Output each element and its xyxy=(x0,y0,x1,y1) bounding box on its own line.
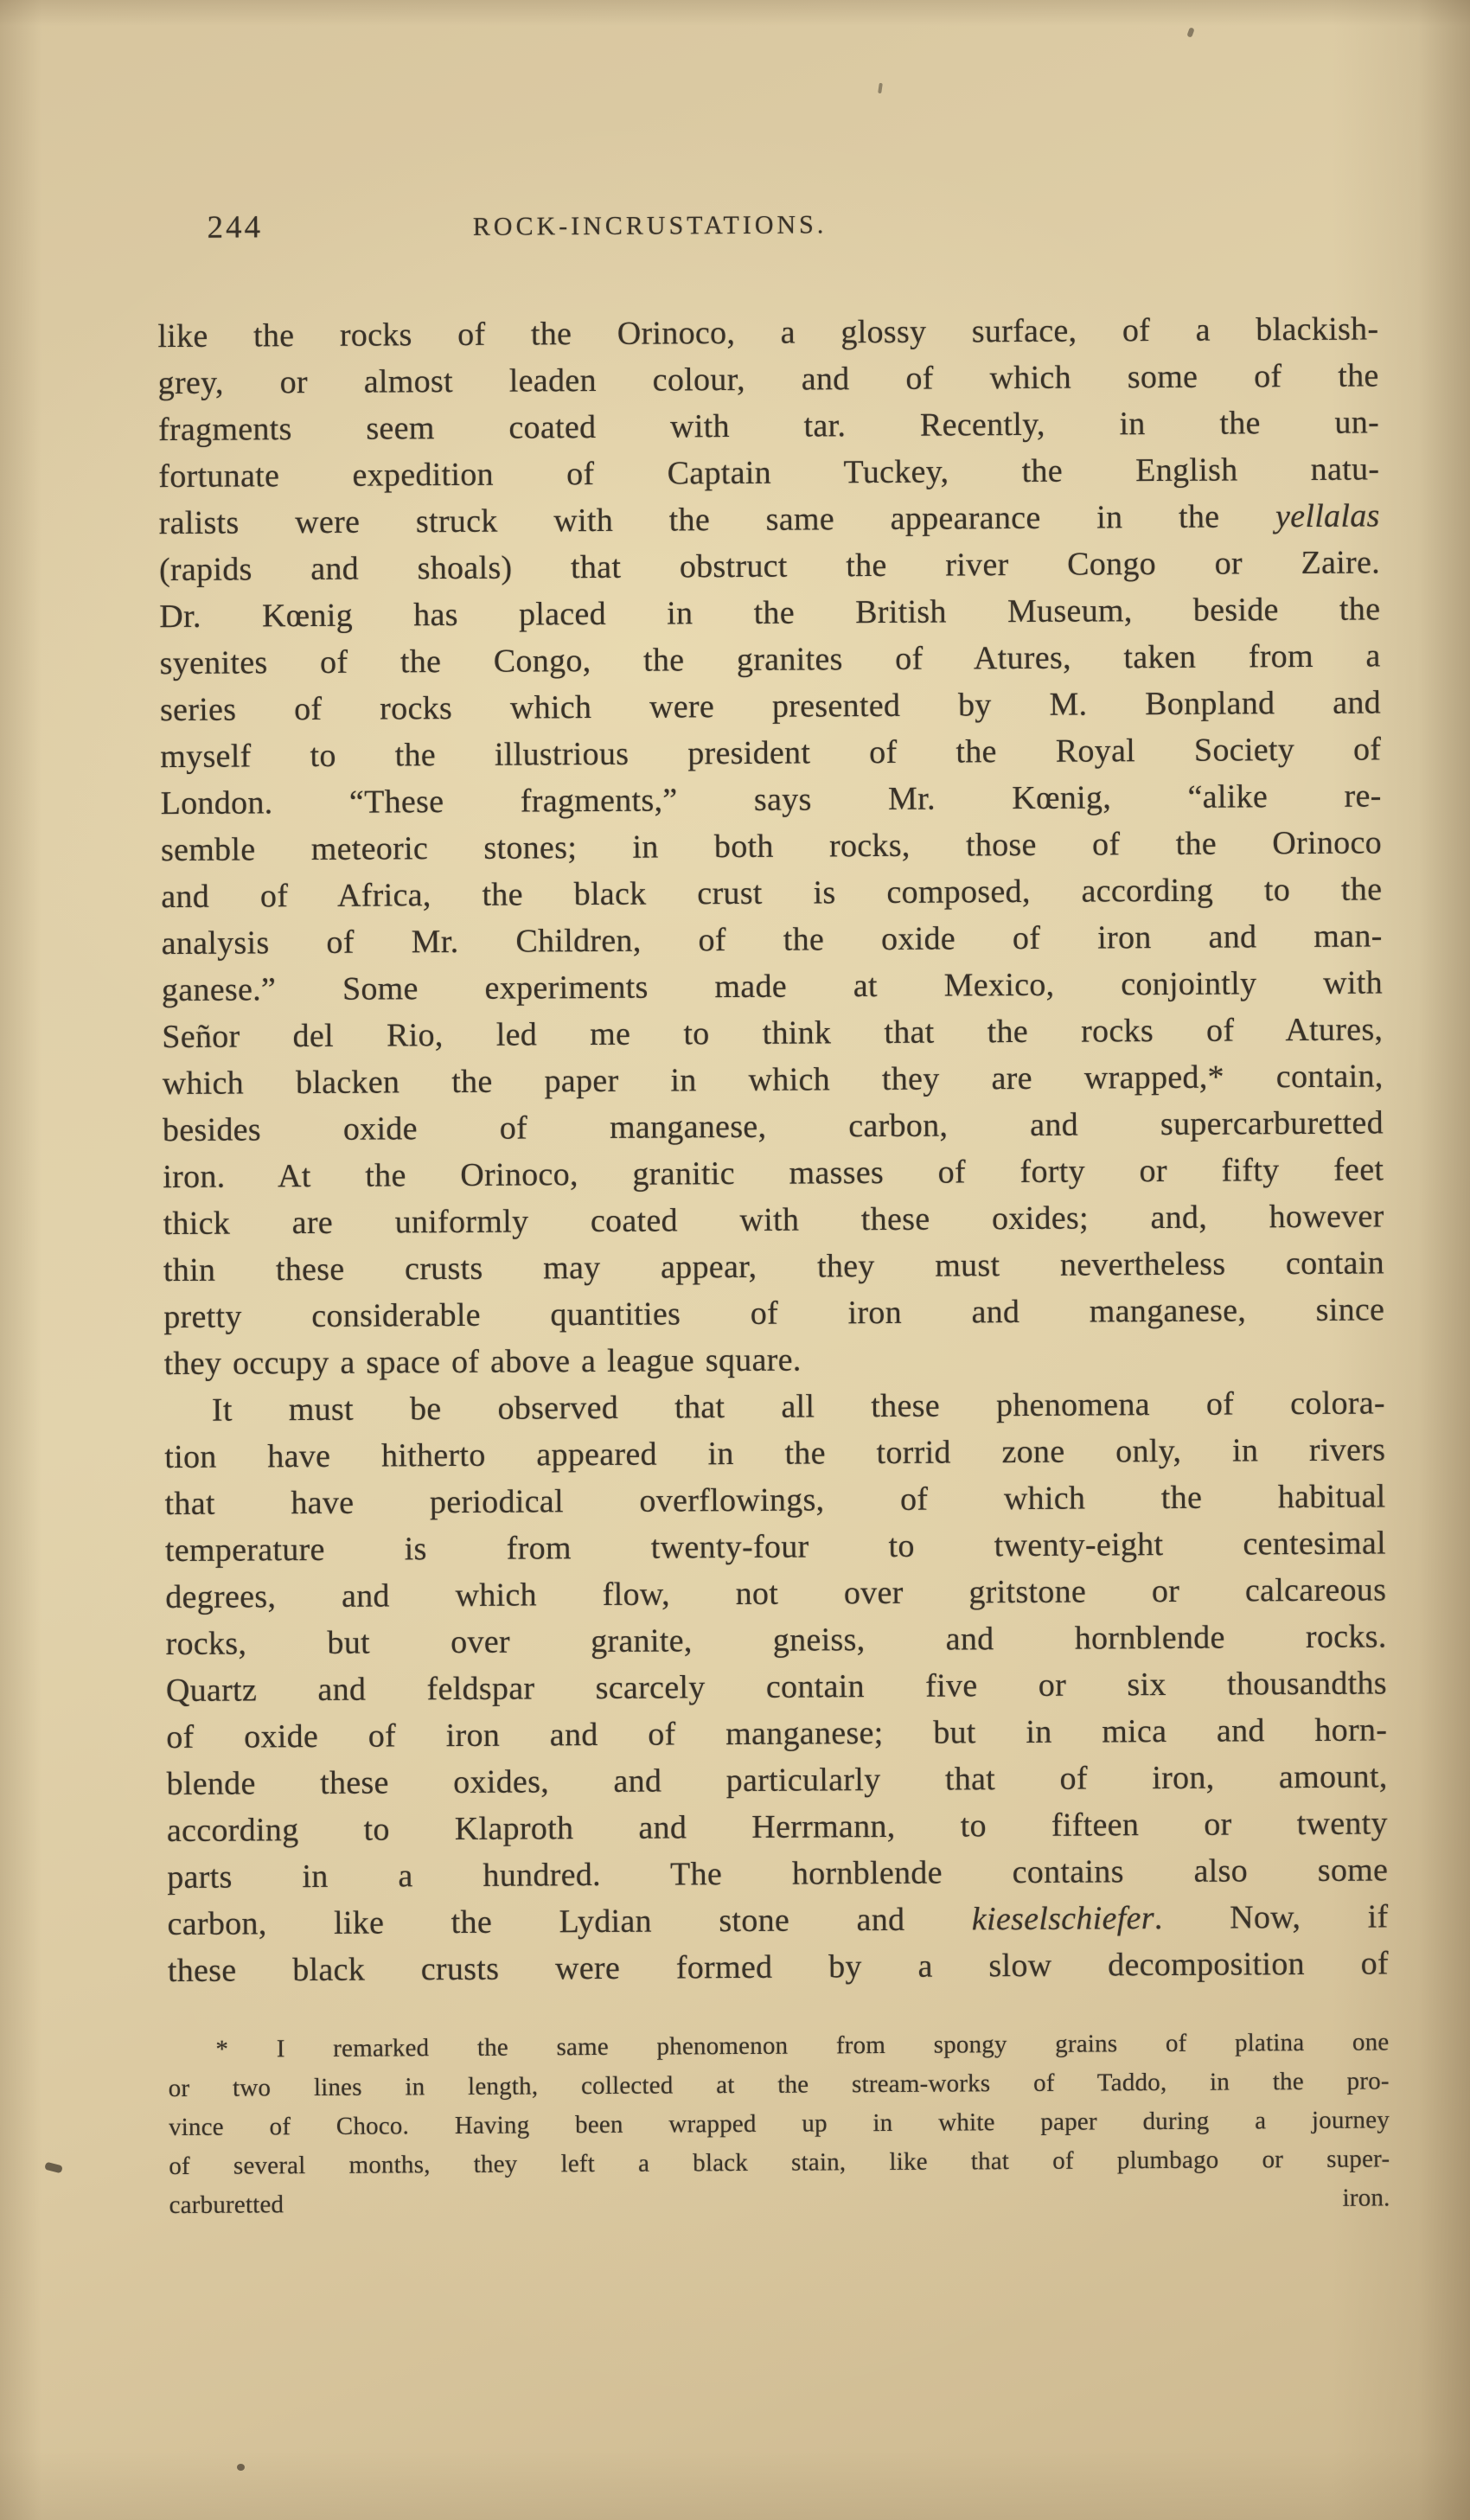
text-line: semble meteoric stones; in both rocks, t… xyxy=(161,819,1382,873)
text-line: It must be observed that all these pheno… xyxy=(164,1379,1385,1434)
text-line: which blacken the paper in which they ar… xyxy=(162,1052,1383,1107)
body-paragraph-1: like the rocks of the Orinoco, a glossy … xyxy=(157,305,1385,1387)
text-line: grey, or almost leaden colour, and of wh… xyxy=(158,352,1379,406)
text-line: they occupy a space of above a league sq… xyxy=(163,1333,1384,1387)
body-paragraph-2: It must be observed that all these pheno… xyxy=(164,1379,1389,1994)
text-line: analysis of Mr. Children, of the oxide o… xyxy=(161,912,1382,967)
page-number: 244 xyxy=(207,208,263,246)
text-line: Señor del Rio, led me to think that the … xyxy=(162,1006,1383,1060)
text-line: ganese.” Some experiments made at Mexico… xyxy=(162,959,1383,1014)
text-line: of oxide of iron and of manganese; but i… xyxy=(166,1706,1387,1761)
text-line: series of rocks which were presented by … xyxy=(160,679,1381,733)
book-page-scan: { "page": { "number": "244", "running_ti… xyxy=(0,0,1470,2520)
text-line: carburetted iron. xyxy=(169,2178,1390,2225)
text-line: London. “These fragments,” says Mr. Kœni… xyxy=(160,772,1381,827)
text-line: Dr. Kœnig has placed in the British Muse… xyxy=(159,585,1380,640)
text-line: carbon, like the Lydian stone and kiesel… xyxy=(167,1893,1388,1948)
text-line: iron. At the Orinoco, granitic masses of… xyxy=(163,1146,1384,1200)
text-line: tion have hitherto appeared in the torri… xyxy=(164,1426,1385,1481)
text-line: degrees, and which flow, not over gritst… xyxy=(165,1566,1386,1621)
footnote: * I remarked the same phenomenon from sp… xyxy=(168,2023,1390,2225)
text-line: syenites of the Congo, the granites of A… xyxy=(160,632,1381,687)
scanned-page: 244 ROCK-INCRUSTATIONS. like the rocks o… xyxy=(0,0,1470,2520)
text-line: parts in a hundred. The hornblende conta… xyxy=(167,1846,1388,1901)
text-line: thin these crusts may appear, they must … xyxy=(163,1239,1384,1294)
text-line: myself to the illustrious president of t… xyxy=(160,726,1381,780)
text-line: and of Africa, the black crust is compos… xyxy=(161,866,1382,920)
text-line: thick are uniformly coated with these ox… xyxy=(163,1193,1384,1247)
text-line: rocks, but over granite, gneiss, and hor… xyxy=(165,1613,1386,1667)
text-line: like the rocks of the Orinoco, a glossy … xyxy=(157,305,1378,360)
text-line: temperature is from twenty-four to twent… xyxy=(165,1519,1386,1574)
text-line: ralists were struck with the same appear… xyxy=(159,492,1380,547)
text-line: fragments seem coated with tar. Recently… xyxy=(158,399,1379,453)
body-text: like the rocks of the Orinoco, a glossy … xyxy=(157,305,1389,1994)
text-line: besides oxide of manganese, carbon, and … xyxy=(163,1099,1384,1154)
text-line: (rapids and shoals) that obstruct the ri… xyxy=(159,539,1380,593)
text-line: that have periodical overflowings, of wh… xyxy=(164,1473,1385,1527)
text-line: pretty considerable quantities of iron a… xyxy=(163,1286,1384,1340)
text-line: according to Klaproth and Herrmann, to f… xyxy=(167,1800,1388,1854)
text-line: fortunate expedition of Captain Tuckey, … xyxy=(158,445,1379,500)
text-line: these black crusts were formed by a slow… xyxy=(168,1940,1389,1994)
text-line: Quartz and feldspar scarcely contain fiv… xyxy=(166,1660,1387,1714)
running-header: ROCK-INCRUSTATIONS. xyxy=(394,210,904,243)
text-line: blende these oxides, and particularly th… xyxy=(166,1753,1387,1807)
